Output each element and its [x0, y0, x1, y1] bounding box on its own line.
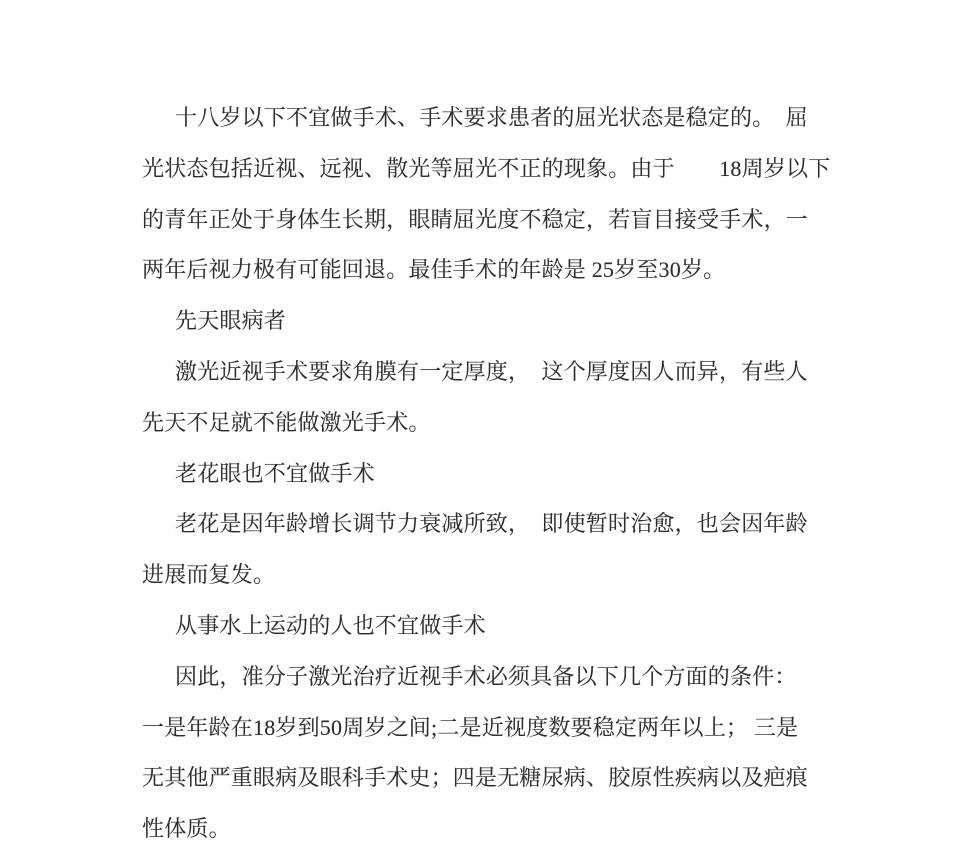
text-line: 性体质。: [142, 804, 842, 855]
text-line: 先天不足就不能做激光手术。: [142, 398, 842, 449]
text-line: 先天眼病者: [142, 296, 842, 347]
text-line: 进展而复发。: [142, 550, 842, 601]
text-line: 两年后视力极有可能回退。最佳手术的年龄是 25岁至30岁。: [142, 245, 842, 296]
text-line: 的青年正处于身体生长期，眼睛屈光度不稳定，若盲目接受手术，一: [142, 195, 842, 246]
text-line: 无其他严重眼病及眼科手术史；四是无糖尿病、胶原性疾病以及疤痕: [142, 753, 842, 804]
text-line: 从事水上运动的人也不宜做手术: [142, 601, 842, 652]
text-line: 因此，准分子激光治疗近视手术必须具备以下几个方面的条件：: [142, 652, 842, 703]
text-line: 老花眼也不宜做手术: [142, 449, 842, 500]
text-line: 老花是因年龄增长调节力衰减所致， 即使暂时治愈，也会因年龄: [142, 499, 842, 550]
text-line: 光状态包括近视、远视、散光等屈光不正的现象。由于 18周岁以下: [142, 144, 842, 195]
text-line: 一是年龄在18岁到50周岁之间;二是近视度数要稳定两年以上； 三是: [142, 703, 842, 754]
text-line: 激光近视手术要求角膜有一定厚度， 这个厚度因人而异，有些人: [142, 347, 842, 398]
document-body: 十八岁以下不宜做手术、手术要求患者的屈光状态是稳定的。 屈光状态包括近视、远视、…: [142, 93, 842, 855]
document-page: 十八岁以下不宜做手术、手术要求患者的屈光状态是稳定的。 屈光状态包括近视、远视、…: [0, 0, 972, 866]
text-line: 十八岁以下不宜做手术、手术要求患者的屈光状态是稳定的。 屈: [142, 93, 842, 144]
